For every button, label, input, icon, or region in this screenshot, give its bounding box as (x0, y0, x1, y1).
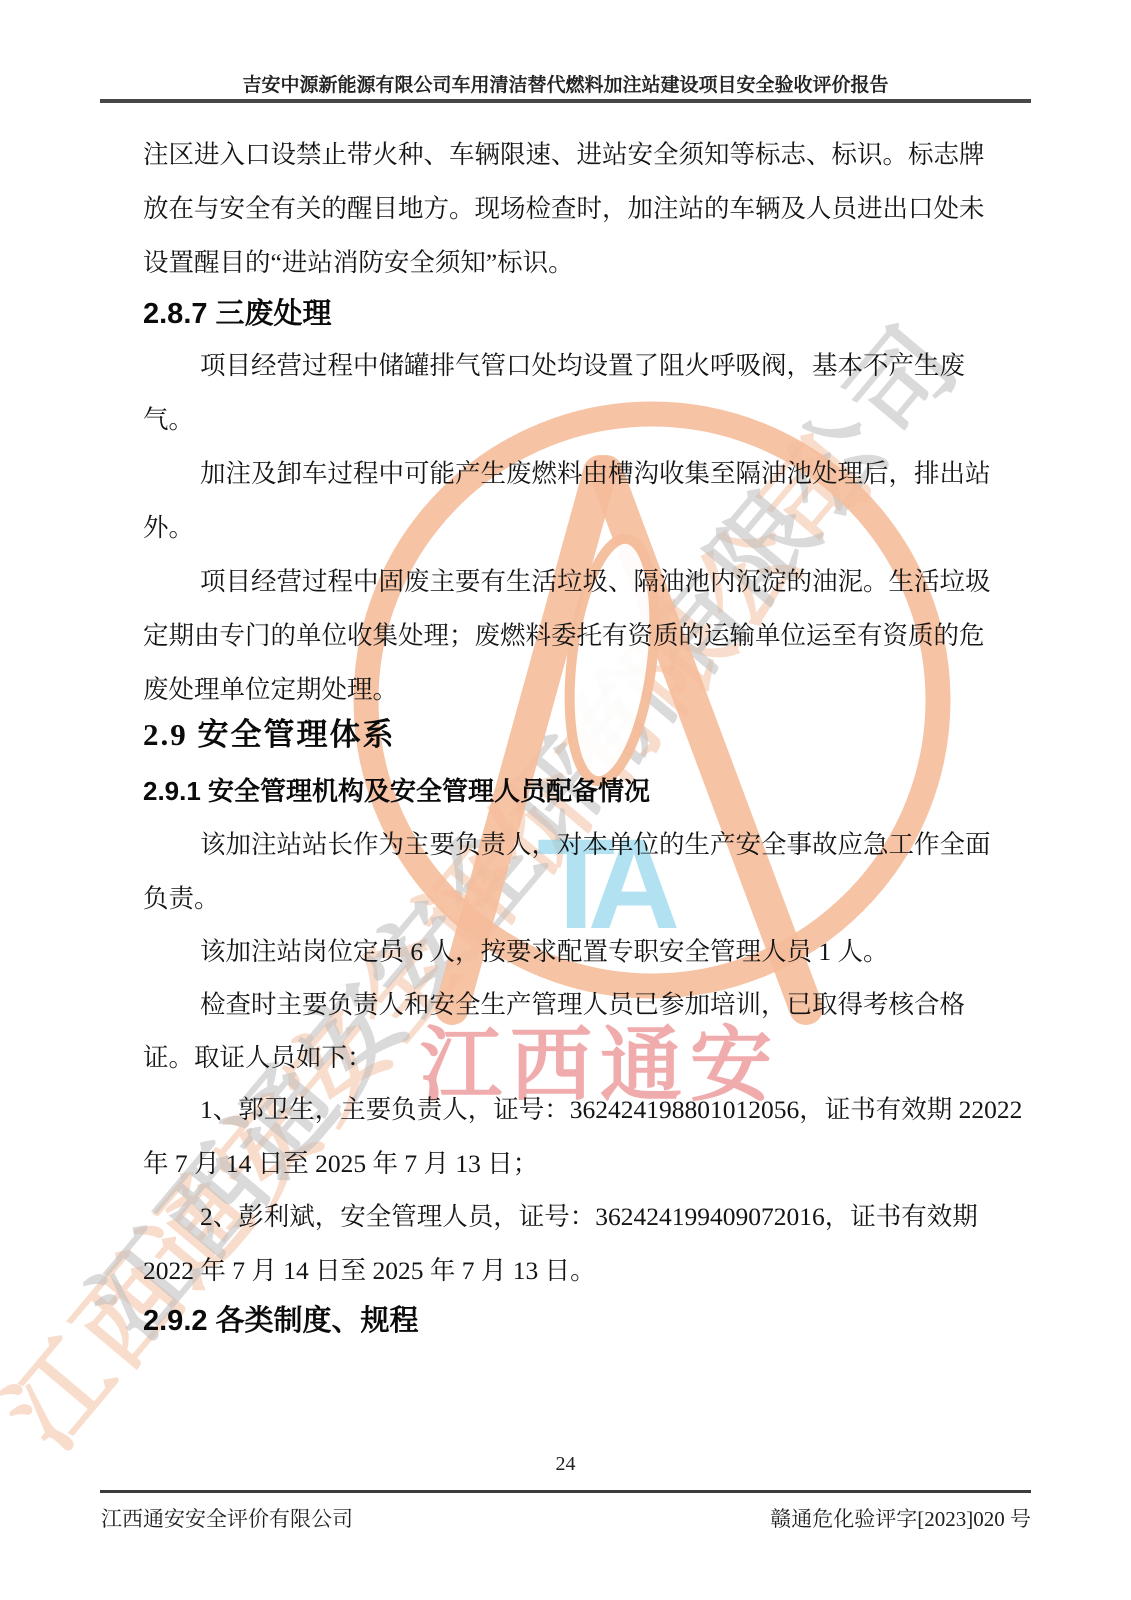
body-line: 负责。 (143, 883, 220, 915)
section-heading-2-9-1: 2.9.1 安全管理机构及安全管理人员配备情况 (143, 775, 650, 808)
footer-company: 江西通安安全评价有限公司 (101, 1503, 353, 1533)
footer-doc-number: 赣通危化验评字[2023]020 号 (770, 1503, 1031, 1533)
body-line: 设置醒目的“进站消防安全须知”标识。 (143, 247, 574, 279)
content-layer: 吉安中源新能源有限公司车用清洁替代燃料加注站建设项目安全验收评价报告 注区进入口… (0, 0, 1131, 1600)
page-header-title: 吉安中源新能源有限公司车用清洁替代燃料加注站建设项目安全验收评价报告 (0, 70, 1131, 97)
section-heading-2-8-7: 2.8.7 三废处理 (143, 296, 332, 332)
section-heading-2-9: 2.9 安全管理体系 (143, 716, 396, 755)
body-line: 项目经营过程中固废主要有生活垃圾、隔油池内沉淀的油泥。生活垃圾 (200, 566, 991, 598)
body-line: 2022 年 7 月 14 日至 2025 年 7 月 13 日。 (143, 1255, 596, 1287)
section-heading-2-9-2: 2.9.2 各类制度、规程 (143, 1303, 419, 1339)
header-rule (100, 99, 1031, 103)
body-line: 该加注站岗位定员 6 人，按要求配置专职安全管理人员 1 人。 (200, 936, 889, 968)
document-page: 江西通安安全评价有限公司 江西通安安全评价有限公司 TA 江西通安 吉安中源新能… (0, 0, 1131, 1600)
body-line: 检查时主要负责人和安全生产管理人员已参加培训，已取得考核合格 (200, 989, 965, 1021)
body-line: 项目经营过程中储罐排气管口处均设置了阻火呼吸阀，基本不产生废 (200, 350, 965, 382)
page-number: 24 (0, 1453, 1131, 1476)
body-line: 废处理单位定期处理。 (143, 674, 398, 706)
body-line: 加注及卸车过程中可能产生废燃料由槽沟收集至隔油池处理后，排出站 (200, 458, 991, 490)
body-line: 放在与安全有关的醒目地方。现场检查时，加注站的车辆及人员进出口处未 (143, 193, 985, 225)
body-line: 外。 (143, 512, 194, 544)
body-line: 2、彭利斌，安全管理人员，证号：362424199409072016，证书有效期 (200, 1201, 978, 1233)
body-line: 该加注站站长作为主要负责人，对本单位的生产安全事故应急工作全面 (200, 829, 991, 861)
body-line: 证。取证人员如下： (143, 1042, 373, 1074)
body-line: 1、郭卫生，主要负责人，证号：362424198801012056，证书有效期 … (200, 1094, 1022, 1126)
body-line: 定期由专门的单位收集处理；废燃料委托有资质的运输单位运至有资质的危 (143, 620, 985, 652)
body-line: 年 7 月 14 日至 2025 年 7 月 13 日； (143, 1148, 538, 1180)
body-line: 注区进入口设禁止带火种、车辆限速、进站安全须知等标志、标识。标志牌 (143, 139, 985, 171)
body-line: 气。 (143, 404, 194, 436)
footer-rule (100, 1490, 1031, 1493)
